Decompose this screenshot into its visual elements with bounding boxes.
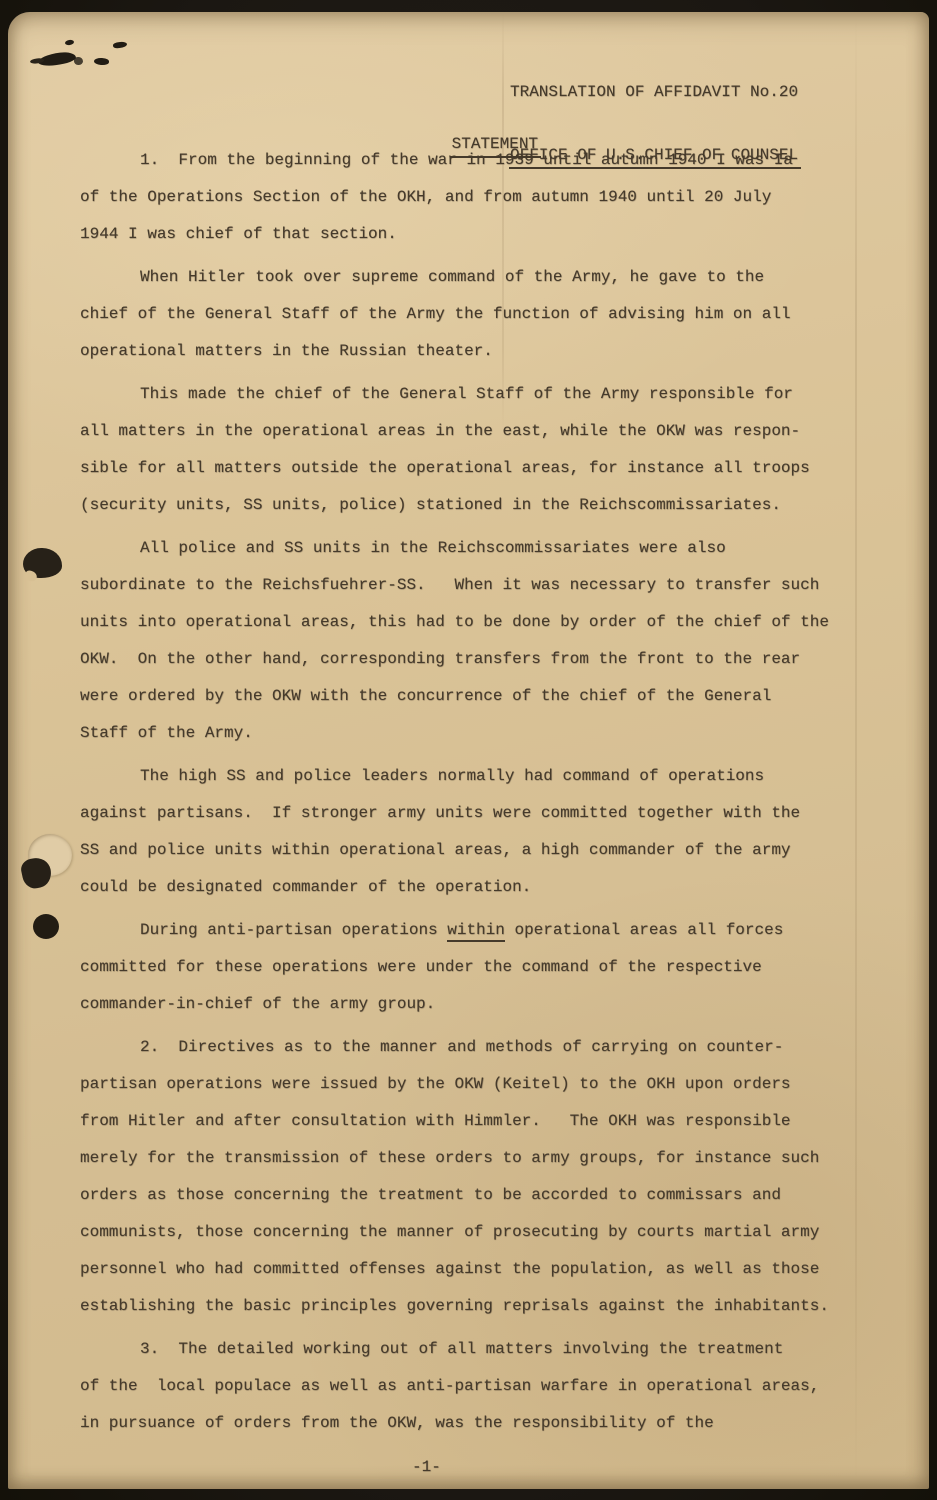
hole-punch bbox=[19, 855, 54, 890]
text-line: commander-in-chief of the army group. bbox=[80, 986, 880, 1023]
text-line: sible for all matters outside the operat… bbox=[80, 450, 880, 487]
paragraph: All police and SS units in the Reichscom… bbox=[80, 530, 880, 752]
header-line-1: TRANSLATION OF AFFIDAVIT No.20 bbox=[510, 82, 801, 103]
text-line: communists, those concerning the manner … bbox=[80, 1214, 880, 1251]
text-line: could be designated commander of the ope… bbox=[80, 869, 880, 906]
text-line: operational matters in the Russian theat… bbox=[80, 333, 880, 370]
text-line: 1944 I was chief of that section. bbox=[80, 216, 880, 253]
text-line: (security units, SS units, police) stati… bbox=[80, 487, 880, 524]
ink-smudge bbox=[65, 39, 75, 45]
text-line: 1. From the beginning of the war in 1939… bbox=[80, 142, 880, 179]
paragraph: 3. The detailed working out of all matte… bbox=[80, 1331, 880, 1442]
document-page: TRANSLATION OF AFFIDAVIT No.20 OFFICE OF… bbox=[8, 12, 929, 1489]
hole-punch bbox=[33, 914, 59, 939]
text-line: units into operational areas, this had t… bbox=[80, 604, 880, 641]
hole-punch bbox=[23, 548, 62, 578]
text-line: This made the chief of the General Staff… bbox=[80, 376, 880, 413]
ink-smudge bbox=[74, 57, 83, 65]
text-line: Staff of the Army. bbox=[80, 715, 880, 752]
text-line: All police and SS units in the Reichscom… bbox=[80, 530, 880, 567]
text-line: SS and police units within operational a… bbox=[80, 832, 880, 869]
text-line: committed for these operations were unde… bbox=[80, 949, 880, 986]
paragraph: During anti-partisan operations within o… bbox=[80, 912, 880, 1023]
text-line: personnel who had committed offenses aga… bbox=[80, 1251, 880, 1288]
text-line: 2. Directives as to the manner and metho… bbox=[80, 1029, 880, 1066]
text-line: were ordered by the OKW with the concurr… bbox=[80, 678, 880, 715]
text-line: During anti-partisan operations within o… bbox=[80, 912, 880, 949]
paragraph: 1. From the beginning of the war in 1939… bbox=[80, 142, 880, 253]
text-line: OKW. On the other hand, corresponding tr… bbox=[80, 641, 880, 678]
ink-smudge bbox=[94, 57, 109, 65]
text-line: merely for the transmission of these ord… bbox=[80, 1140, 880, 1177]
text-line: chief of the General Staff of the Army t… bbox=[80, 296, 880, 333]
text-line: partisan operations were issued by the O… bbox=[80, 1066, 880, 1103]
text-line: orders as those concerning the treatment… bbox=[80, 1177, 880, 1214]
text-line: in pursuance of orders from the OKW, was… bbox=[80, 1405, 880, 1442]
text-line: from Hitler and after consultation with … bbox=[80, 1103, 880, 1140]
text-line: 3. The detailed working out of all matte… bbox=[80, 1331, 880, 1368]
scanned-page-background: TRANSLATION OF AFFIDAVIT No.20 OFFICE OF… bbox=[0, 0, 937, 1500]
text-line: When Hitler took over supreme command of… bbox=[80, 259, 880, 296]
text-line: all matters in the operational areas in … bbox=[80, 413, 880, 450]
ink-smudge bbox=[37, 51, 76, 68]
ink-smudge bbox=[113, 41, 127, 48]
underlined-word: within bbox=[447, 921, 505, 942]
paragraph: 2. Directives as to the manner and metho… bbox=[80, 1029, 880, 1325]
document-body: 1. From the beginning of the war in 1939… bbox=[80, 142, 880, 1448]
text-line: of the local populace as well as anti-pa… bbox=[80, 1368, 880, 1405]
paragraph: This made the chief of the General Staff… bbox=[80, 376, 880, 524]
text-line: The high SS and police leaders normally … bbox=[80, 758, 880, 795]
text-line: subordinate to the Reichsfuehrer-SS. Whe… bbox=[80, 567, 880, 604]
text-line: establishing the basic principles govern… bbox=[80, 1288, 880, 1325]
page-number: -1- bbox=[412, 1457, 441, 1477]
hole-punch-torn-ring bbox=[28, 834, 72, 876]
text-line: against partisans. If stronger army unit… bbox=[80, 795, 880, 832]
paragraph: The high SS and police leaders normally … bbox=[80, 758, 880, 906]
text-line: of the Operations Section of the OKH, an… bbox=[80, 179, 880, 216]
paragraph: When Hitler took over supreme command of… bbox=[80, 259, 880, 370]
